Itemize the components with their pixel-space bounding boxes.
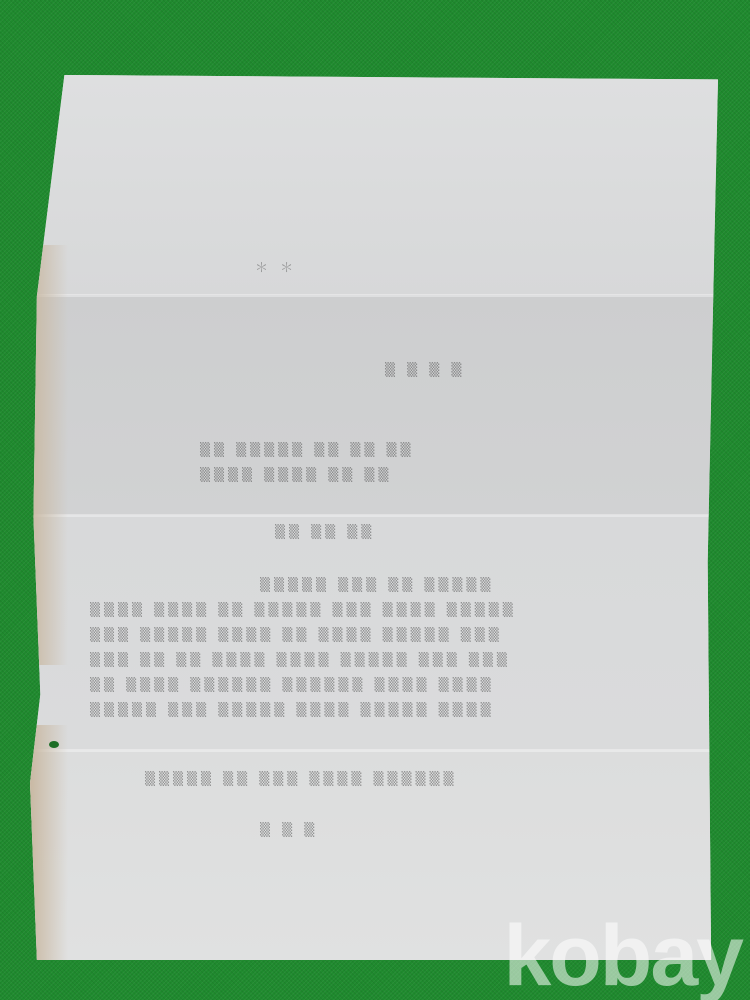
- subject-line: ▒▒ ▒▒ ▒▒: [275, 525, 375, 540]
- address-line: ▒▒ ▒▒▒▒▒ ▒▒ ▒▒ ▒▒: [200, 443, 415, 458]
- fold-line: [30, 749, 718, 752]
- body-line: ▒▒▒ ▒▒▒▒▒ ▒▒▒▒ ▒▒ ▒▒▒▒ ▒▒▒▒▒ ▒▒▒: [90, 628, 503, 643]
- body-line: ▒▒▒▒▒ ▒▒▒ ▒▒ ▒▒▒▒▒: [260, 578, 494, 593]
- paper-tear-hole: [49, 741, 59, 748]
- closing-line: ▒▒▒▒▒ ▒▒ ▒▒▒ ▒▒▒▒ ▒▒▒▒▒▒: [145, 772, 457, 787]
- body-line: ▒▒▒▒▒ ▒▒▒ ▒▒▒▒▒ ▒▒▒▒ ▒▒▒▒▒ ▒▒▒▒: [90, 703, 495, 718]
- body-line: ▒▒▒▒ ▒▒▒▒ ▒▒ ▒▒▒▒▒ ▒▒▒ ▒▒▒▒ ▒▒▒▒▒: [90, 603, 517, 618]
- fold-line: [30, 514, 718, 517]
- address-line: ▒▒▒▒ ▒▒▒▒ ▒▒ ▒▒: [200, 468, 392, 483]
- document-title: ▒ ▒ ▒ ▒: [385, 363, 465, 378]
- heading-small: ＊ ＊: [255, 257, 297, 276]
- body-line: ▒▒ ▒▒▒▒ ▒▒▒▒▒▒ ▒▒▒▒▒▒ ▒▒▒▒ ▒▒▒▒: [90, 678, 495, 693]
- edge-stain: [30, 245, 68, 665]
- document-paper: ＊ ＊ ▒ ▒ ▒ ▒ ▒▒ ▒▒▒▒▒ ▒▒ ▒▒ ▒▒ ▒▒▒▒ ▒▒▒▒ …: [30, 75, 718, 960]
- body-line: ▒▒▒ ▒▒ ▒▒ ▒▒▒▒ ▒▒▒▒ ▒▒▒▒▒ ▒▒▒ ▒▒▒: [90, 653, 511, 668]
- edge-stain: [30, 725, 68, 960]
- signature-line: ▒ ▒ ▒: [260, 823, 318, 838]
- fold-panel-1: [30, 75, 718, 295]
- fold-line: [30, 294, 718, 297]
- kobay-watermark: kobay: [503, 907, 742, 1000]
